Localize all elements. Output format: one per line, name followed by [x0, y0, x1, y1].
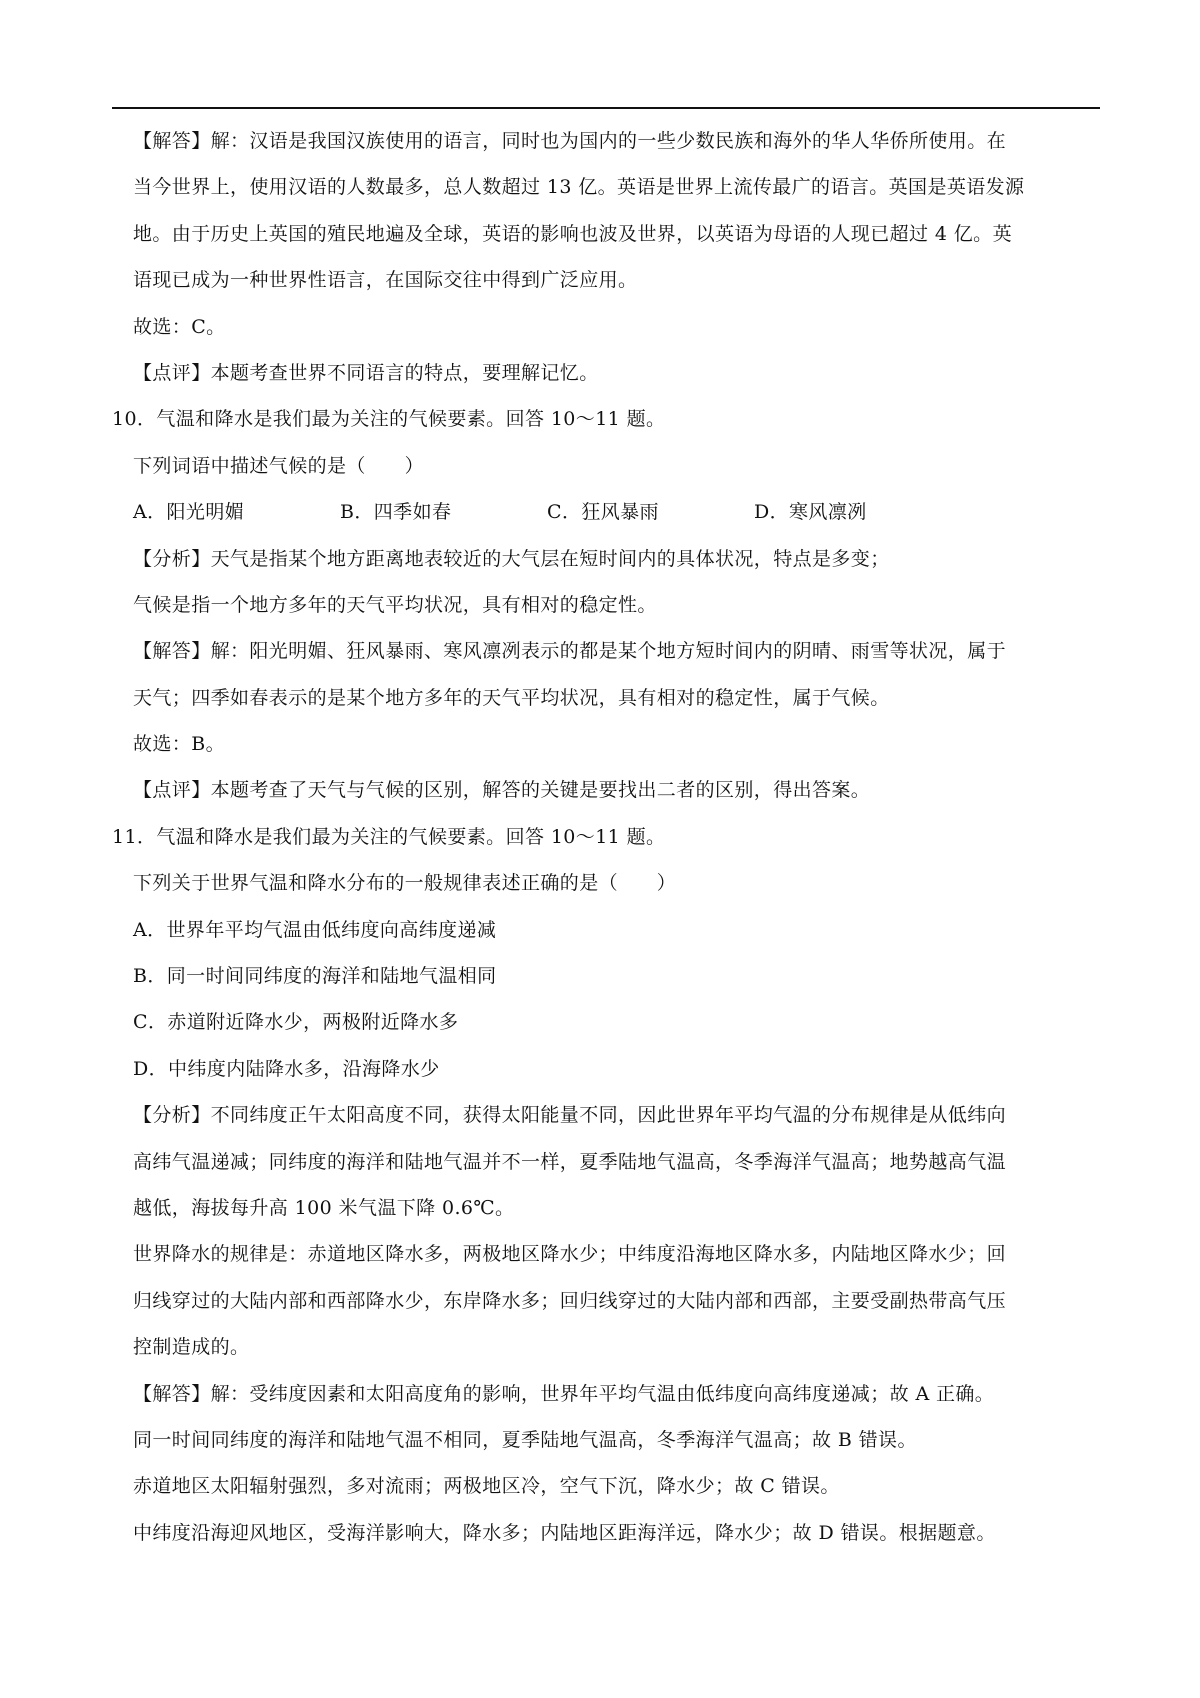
options-row: A．阳光明媚 B．四季如春 C．狂风暴雨 D．寒风凛冽: [112, 489, 1102, 535]
question-9-solution: 【解答】解：汉语是我国汉族使用的语言，同时也为国内的一些少数民族和海外的华人华侨…: [112, 118, 1102, 396]
option-c: C．狂风暴雨: [547, 489, 754, 535]
question-11: 11．气温和降水是我们最为关注的气候要素。回答 10～11 题。 下列关于世界气…: [112, 814, 1102, 1556]
option-b: B．四季如春: [340, 489, 547, 535]
answer-line: 【解答】解：阳光明媚、狂风暴雨、寒风凛冽表示的都是某个地方短时间内的阴晴、雨雪等…: [112, 628, 1102, 674]
question-10: 10．气温和降水是我们最为关注的气候要素。回答 10～11 题。 下列词语中描述…: [112, 396, 1102, 814]
answer-line: 地。由于历史上英国的殖民地遍及全球，英语的影响也波及世界，以英语为母语的人现已超…: [112, 211, 1102, 257]
answer-choice: 故选：C。: [112, 304, 1102, 350]
page-content: 【解答】解：汉语是我国汉族使用的语言，同时也为国内的一些少数民族和海外的华人华侨…: [112, 118, 1102, 1556]
analysis-line: 【分析】天气是指某个地方距离地表较近的大气层在短时间内的具体状况，特点是多变；: [112, 536, 1102, 582]
question-stem: 11．气温和降水是我们最为关注的气候要素。回答 10～11 题。: [112, 814, 1102, 860]
question-prompt: 下列词语中描述气候的是（ ）: [112, 443, 1102, 489]
analysis-line: 越低，海拔每升高 100 米气温下降 0.6℃。: [112, 1185, 1102, 1231]
answer-line: 中纬度沿海迎风地区，受海洋影响大，降水多；内陆地区距海洋远，降水少；故 D 错误…: [112, 1510, 1102, 1556]
document-page: 【解答】解：汉语是我国汉族使用的语言，同时也为国内的一些少数民族和海外的华人华侨…: [0, 0, 1200, 1698]
answer-line: 【解答】解：汉语是我国汉族使用的语言，同时也为国内的一些少数民族和海外的华人华侨…: [112, 118, 1102, 164]
analysis-line: 控制造成的。: [112, 1324, 1102, 1370]
option-a: A．世界年平均气温由低纬度向高纬度递减: [112, 907, 1102, 953]
comment-line: 【点评】本题考查世界不同语言的特点，要理解记忆。: [112, 350, 1102, 396]
comment-line: 【点评】本题考查了天气与气候的区别，解答的关键是要找出二者的区别，得出答案。: [112, 767, 1102, 813]
question-prompt: 下列关于世界气温和降水分布的一般规律表述正确的是（ ）: [112, 860, 1102, 906]
analysis-line: 归线穿过的大陆内部和西部降水少，东岸降水多；回归线穿过的大陆内部和西部，主要受副…: [112, 1278, 1102, 1324]
answer-line: 【解答】解：受纬度因素和太阳高度角的影响，世界年平均气温由低纬度向高纬度递减；故…: [112, 1371, 1102, 1417]
option-d: D．寒风凛冽: [754, 489, 961, 535]
analysis-line: 世界降水的规律是：赤道地区降水多，两极地区降水少；中纬度沿海地区降水多，内陆地区…: [112, 1231, 1102, 1277]
option-d: D．中纬度内陆降水多，沿海降水少: [112, 1046, 1102, 1092]
option-a: A．阳光明媚: [133, 489, 340, 535]
answer-line: 赤道地区太阳辐射强烈，多对流雨；两极地区冷，空气下沉，降水少；故 C 错误。: [112, 1463, 1102, 1509]
answer-line: 当今世界上，使用汉语的人数最多，总人数超过 13 亿。英语是世界上流传最广的语言…: [112, 164, 1102, 210]
answer-line: 同一时间同纬度的海洋和陆地气温不相同，夏季陆地气温高，冬季海洋气温高；故 B 错…: [112, 1417, 1102, 1463]
answer-choice: 故选：B。: [112, 721, 1102, 767]
answer-line: 天气；四季如春表示的是某个地方多年的天气平均状况，具有相对的稳定性，属于气候。: [112, 675, 1102, 721]
answer-line: 语现已成为一种世界性语言，在国际交往中得到广泛应用。: [112, 257, 1102, 303]
option-c: C．赤道附近降水少，两极附近降水多: [112, 999, 1102, 1045]
header-rule: [112, 107, 1100, 109]
option-b: B．同一时间同纬度的海洋和陆地气温相同: [112, 953, 1102, 999]
question-stem: 10．气温和降水是我们最为关注的气候要素。回答 10～11 题。: [112, 396, 1102, 442]
analysis-line: 气候是指一个地方多年的天气平均状况，具有相对的稳定性。: [112, 582, 1102, 628]
analysis-line: 【分析】不同纬度正午太阳高度不同，获得太阳能量不同，因此世界年平均气温的分布规律…: [112, 1092, 1102, 1138]
analysis-line: 高纬气温递减；同纬度的海洋和陆地气温并不一样，夏季陆地气温高，冬季海洋气温高；地…: [112, 1139, 1102, 1185]
